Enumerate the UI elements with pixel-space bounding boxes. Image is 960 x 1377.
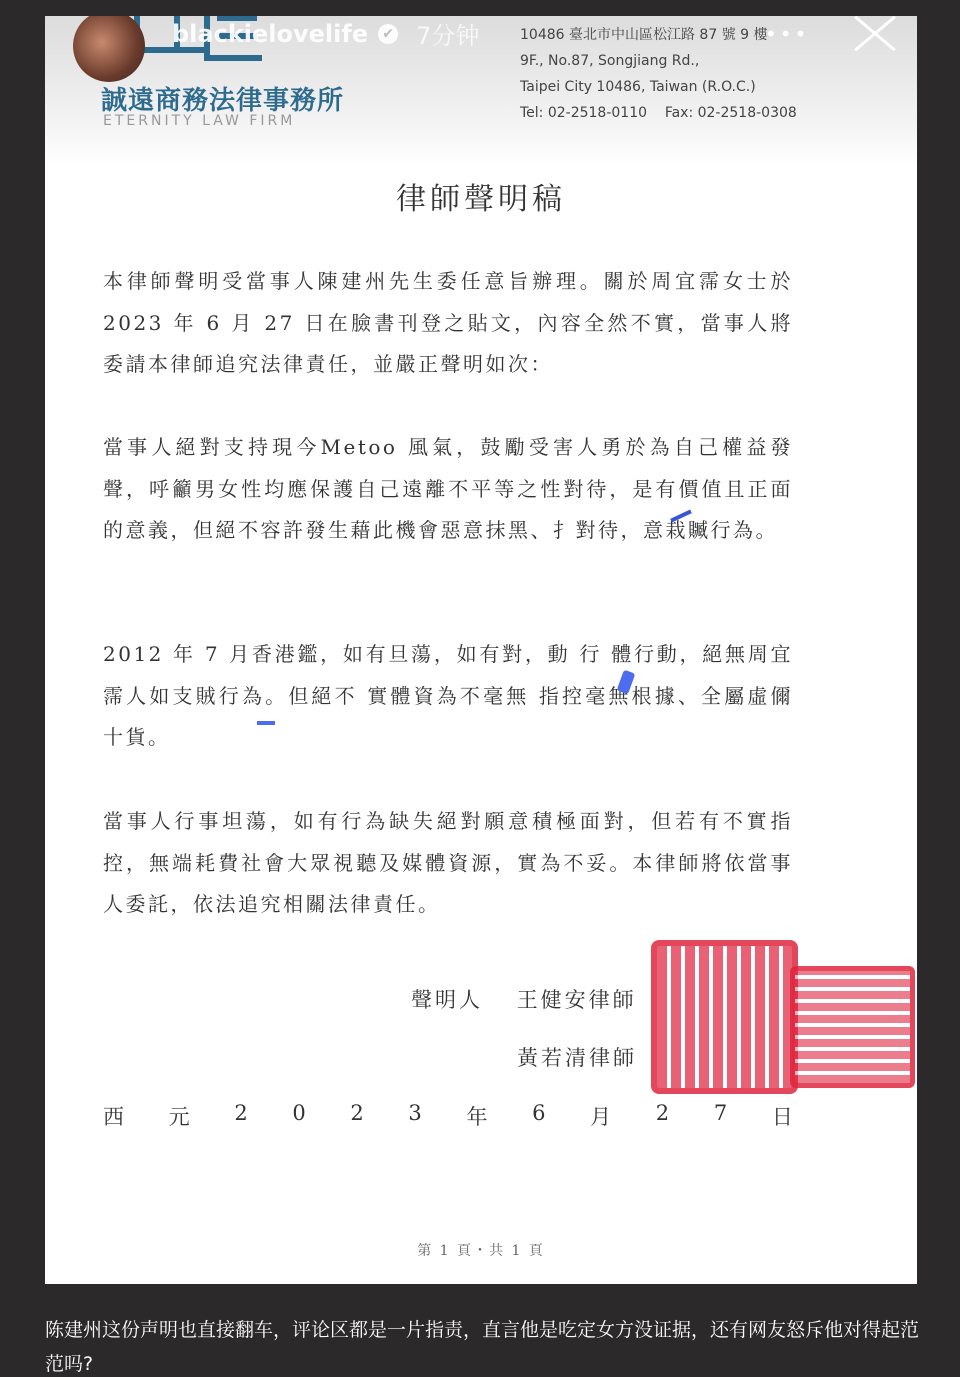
document-image: 誠遠商務法律事務所 ETERNITY LAW FIRM 10486 臺北市中山區… [45,16,917,1284]
address-line: Taipei City 10486, Taiwan (R.O.C.) [520,74,797,100]
paragraph: 當事人行事坦蕩，如有行為缺失絕對願意積極面對，但若有不實指控，無端耗費社會大眾視… [103,801,793,926]
firm-name-en: ETERNITY LAW FIRM [103,113,295,129]
signer-name: 黃若清律師 [517,1046,637,1070]
date-char: 7 [714,1101,727,1131]
page-number: 第 1 頁・共 1 頁 [45,1240,917,1260]
date-char: 月 [590,1101,611,1131]
date-char: 0 [292,1101,305,1131]
document-date: 西 元 2 0 2 3 年 6 月 2 7 日 [103,1101,793,1131]
date-char: 日 [772,1101,793,1131]
verified-badge-icon: ✔ [378,24,398,44]
firm-name-zh: 誠遠商務法律事務所 [101,80,344,117]
date-char: 年 [466,1101,487,1131]
declarant-label: 聲明人 [411,988,483,1012]
date-char: 6 [532,1101,545,1131]
date-char: 3 [408,1101,421,1131]
date-char: 2 [350,1101,363,1131]
signer-name: 王健安律師 [517,988,637,1012]
article-caption: 陈建州这份声明也直接翻车，评论区都是一片指责，直言他是吃定女方没证据，还有网友怒… [45,1313,925,1377]
seal-stamp-icon [790,966,915,1088]
address-line: 9F., No.87, Songjiang Rd., [520,48,797,74]
address-line: 10486 臺北市中山區松江路 87 號 9 樓 [520,22,797,48]
story-header: blackielovelife ✔ 7分钟 [172,16,479,51]
date-char: 西 [103,1101,124,1131]
paragraph: 本律師聲明受當事人陳建州先生委任意旨辦理。關於周宜霈女士於 2023 年 6 月… [103,261,793,386]
date-char: 2 [234,1101,247,1131]
paragraph: 2012 年 7 月香港鑑，如有旦蕩，如有對，動 行 體行動，絕無周宜霈人如支賊… [103,634,793,759]
timestamp: 7分钟 [416,16,479,51]
signature-line-2: 黃若清律師 [517,1042,637,1072]
contact-line: Tel: 02-2518-0110 Fax: 02-2518-0308 [520,100,797,126]
close-icon[interactable] [845,16,901,56]
document-title: 律師聲明稿 [45,174,917,218]
date-char: 2 [656,1101,669,1131]
more-dots-icon[interactable]: ••• [765,22,809,46]
ink-mark [257,721,275,725]
paragraph: 當事人絕對支持現今Metoo 風氣，鼓勵受害人勇於為自己權益發聲，呼籲男女性均應… [103,427,793,552]
username[interactable]: blackielovelife [172,20,368,48]
seal-stamp-icon [651,940,798,1094]
date-char: 元 [169,1101,190,1131]
signature-line-1: 聲明人 王健安律師 [411,984,637,1014]
firm-address: 10486 臺北市中山區松江路 87 號 9 樓 9F., No.87, Son… [520,22,797,126]
